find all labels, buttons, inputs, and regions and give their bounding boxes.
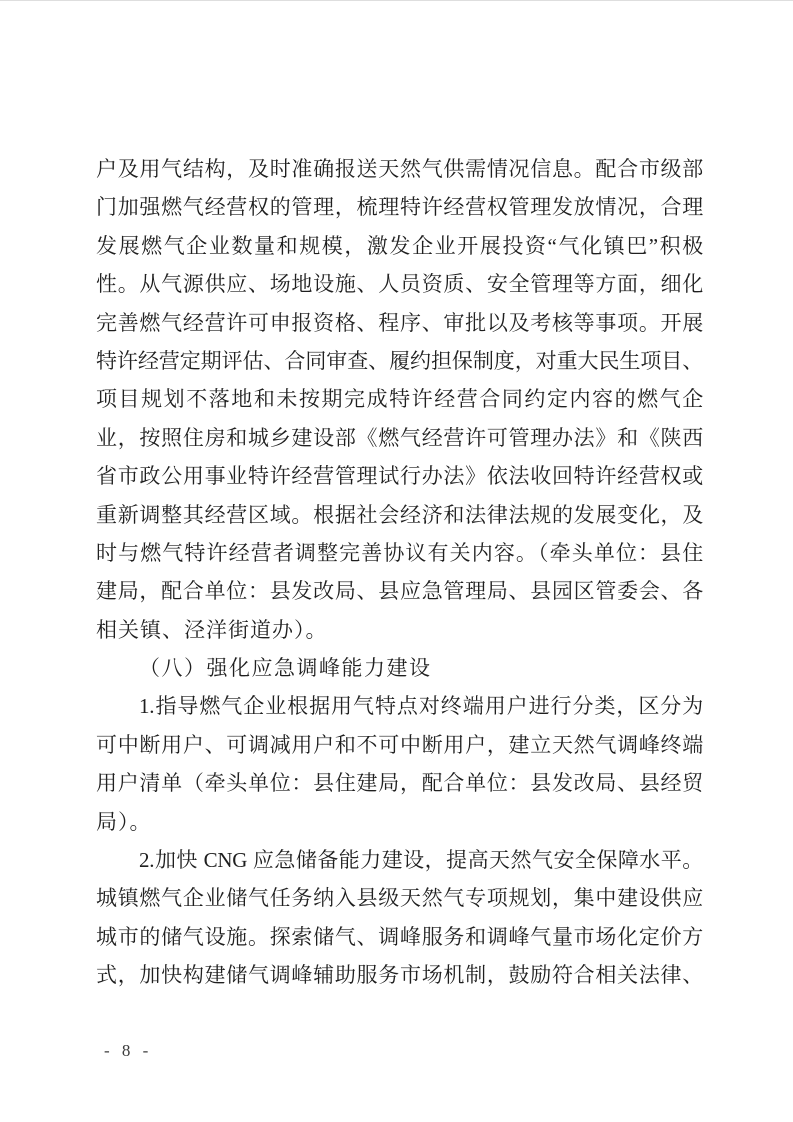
text-line: 相关镇、泾洋街道办）。 [96, 611, 703, 649]
text-line: 省市政公用事业特许经营管理试行办法》依法收回特许经营权或 [96, 457, 703, 495]
text-block: 户及用气结构，及时准确报送天然气供需情况信息。配合市级部 门加强燃气经营权的管理… [96, 150, 703, 995]
text-line: 2.加快 CNG 应急储备能力建设，提高天然气安全保障水平。 [96, 841, 703, 879]
text-line: 用户清单（牵头单位：县住建局，配合单位：县发改局、县经贸 [96, 764, 703, 802]
document-page: 户及用气结构，及时准确报送天然气供需情况信息。配合市级部 门加强燃气经营权的管理… [0, 1, 793, 1122]
text-line: 门加强燃气经营权的管理，梳理特许经营权管理发放情况，合理 [96, 188, 703, 226]
section-heading-line: （八）强化应急调峰能力建设 [96, 649, 703, 687]
text-line: 可中断用户、可调减用户和不可中断用户，建立天然气调峰终端 [96, 726, 703, 764]
text-line: 完善燃气经营许可申报资格、程序、审批以及考核等事项。开展 [96, 304, 703, 342]
page-number: - 8 - [104, 1041, 152, 1061]
text-line: 局）。 [96, 803, 703, 841]
text-line: 性。从气源供应、场地设施、人员资质、安全管理等方面，细化 [96, 265, 703, 303]
text-line: 1.指导燃气企业根据用气特点对终端用户进行分类，区分为 [96, 687, 703, 725]
text-line: 时与燃气特许经营者调整完善协议有关内容。（牵头单位：县住 [96, 534, 703, 572]
text-line: 业，按照住房和城乡建设部《燃气经营许可管理办法》和《陕西 [96, 419, 703, 457]
text-line: 城镇燃气企业储气任务纳入县级天然气专项规划，集中建设供应 [96, 879, 703, 917]
text-line: 重新调整其经营区域。根据社会经济和法律法规的发展变化，及 [96, 496, 703, 534]
text-line: 户及用气结构，及时准确报送天然气供需情况信息。配合市级部 [96, 150, 703, 188]
text-line: 项目规划不落地和未按期完成特许经营合同约定内容的燃气企 [96, 380, 703, 418]
text-line: 建局，配合单位：县发改局、县应急管理局、县园区管委会、各 [96, 572, 703, 610]
text-line: 发展燃气企业数量和规模，激发企业开展投资“气化镇巴”积极 [96, 227, 703, 265]
text-line: 城市的储气设施。探索储气、调峰服务和调峰气量市场化定价方 [96, 918, 703, 956]
text-line: 式，加快构建储气调峰辅助服务市场机制，鼓励符合相关法律、 [96, 956, 703, 994]
text-line: 特许经营定期评估、合同审查、履约担保制度，对重大民生项目、 [96, 342, 703, 380]
